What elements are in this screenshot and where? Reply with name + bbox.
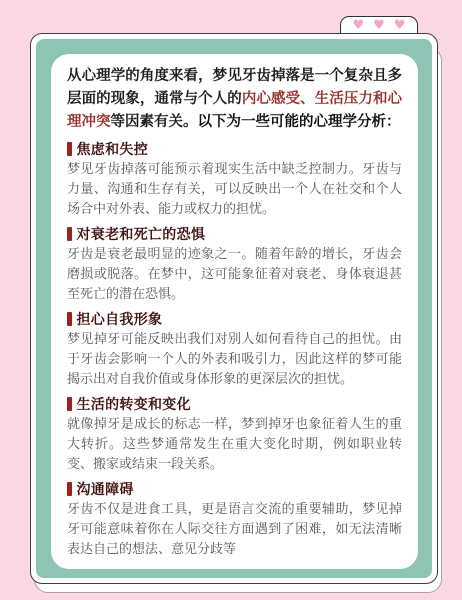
section-marker-bar bbox=[67, 227, 72, 241]
section-title-row: 沟通障碍 bbox=[67, 478, 402, 499]
section-body: 就像掉牙是成长的标志一样，梦到掉牙也象征着人生的重大转折。这些梦通常发生在重大变… bbox=[67, 415, 402, 475]
intro-paragraph: 从心理学的角度来看，梦见牙齿掉落是一个复杂且多层面的现象，通常与个人的内心感受、… bbox=[67, 64, 402, 134]
heart-icon: ♥ bbox=[394, 19, 406, 32]
section-marker-bar bbox=[67, 142, 72, 156]
analysis-section-2: 对衰老和死亡的恐惧 牙齿是衰老最明显的迹象之一。随着年龄的增长，牙齿会磨损或脱落… bbox=[67, 223, 402, 305]
section-title-row: 焦虑和失控 bbox=[67, 138, 402, 159]
intro-text-post: 等因素有关。 bbox=[111, 113, 198, 130]
section-title: 沟通障碍 bbox=[77, 479, 134, 499]
card-frame: 从心理学的角度来看，梦见牙齿掉落是一个复杂且多层面的现象，通常与个人的内心感受、… bbox=[30, 33, 438, 584]
analysis-section-1: 焦虑和失控 梦见牙齿掉落可能预示着现实生活中缺乏控制力。牙齿与力量、沟通和生存有… bbox=[67, 138, 402, 220]
section-body: 牙齿不仅是进食工具，更是语言交流的重要辅助，梦见掉牙可能意味着你在人际交往方面遇… bbox=[67, 500, 402, 560]
teal-panel: 从心理学的角度来看，梦见牙齿掉落是一个复杂且多层面的现象，通常与个人的内心感受、… bbox=[36, 39, 432, 578]
heart-icon: ♥ bbox=[373, 19, 385, 32]
section-body: 牙齿是衰老最明显的迹象之一。随着年龄的增长，牙齿会磨损或脱落。在梦中，这可能象征… bbox=[67, 245, 402, 305]
analysis-section-4: 生活的转变和变化 就像掉牙是成长的标志一样，梦到掉牙也象征着人生的重大转折。这些… bbox=[67, 393, 402, 475]
analysis-section-3: 担心自我形象 梦见掉牙可能反映出我们对别人如何看待自己的担忧。由于牙齿会影响一个… bbox=[67, 308, 402, 390]
section-marker-bar bbox=[67, 312, 72, 326]
section-marker-bar bbox=[67, 482, 72, 496]
section-body: 梦见掉牙可能反映出我们对别人如何看待自己的担忧。由于牙齿会影响一个人的外表和吸引… bbox=[67, 330, 402, 390]
intro-lead-bold: 以下为一些可能的心理学分析： bbox=[198, 114, 401, 130]
section-title: 生活的转变和变化 bbox=[77, 394, 191, 414]
section-title: 对衰老和死亡的恐惧 bbox=[77, 224, 206, 244]
section-title-row: 生活的转变和变化 bbox=[67, 393, 402, 414]
section-title: 担心自我形象 bbox=[77, 309, 163, 329]
section-body: 梦见牙齿掉落可能预示着现实生活中缺乏控制力。牙齿与力量、沟通和生存有关，可以反映… bbox=[67, 160, 402, 220]
analysis-card: ♥ ♥ ♥ 从心理学的角度来看，梦见牙齿掉落是一个复杂且多层面的现象，通常与个人… bbox=[30, 33, 438, 584]
analysis-section-5: 沟通障碍 牙齿不仅是进食工具，更是语言交流的重要辅助，梦见掉牙可能意味着你在人际… bbox=[67, 478, 402, 560]
content-box: 从心理学的角度来看，梦见牙齿掉落是一个复杂且多层面的现象，通常与个人的内心感受、… bbox=[51, 54, 418, 569]
section-title-row: 担心自我形象 bbox=[67, 308, 402, 329]
section-title: 焦虑和失控 bbox=[77, 139, 149, 159]
heart-icon: ♥ bbox=[353, 19, 365, 32]
section-marker-bar bbox=[67, 397, 72, 411]
section-title-row: 对衰老和死亡的恐惧 bbox=[67, 223, 402, 244]
